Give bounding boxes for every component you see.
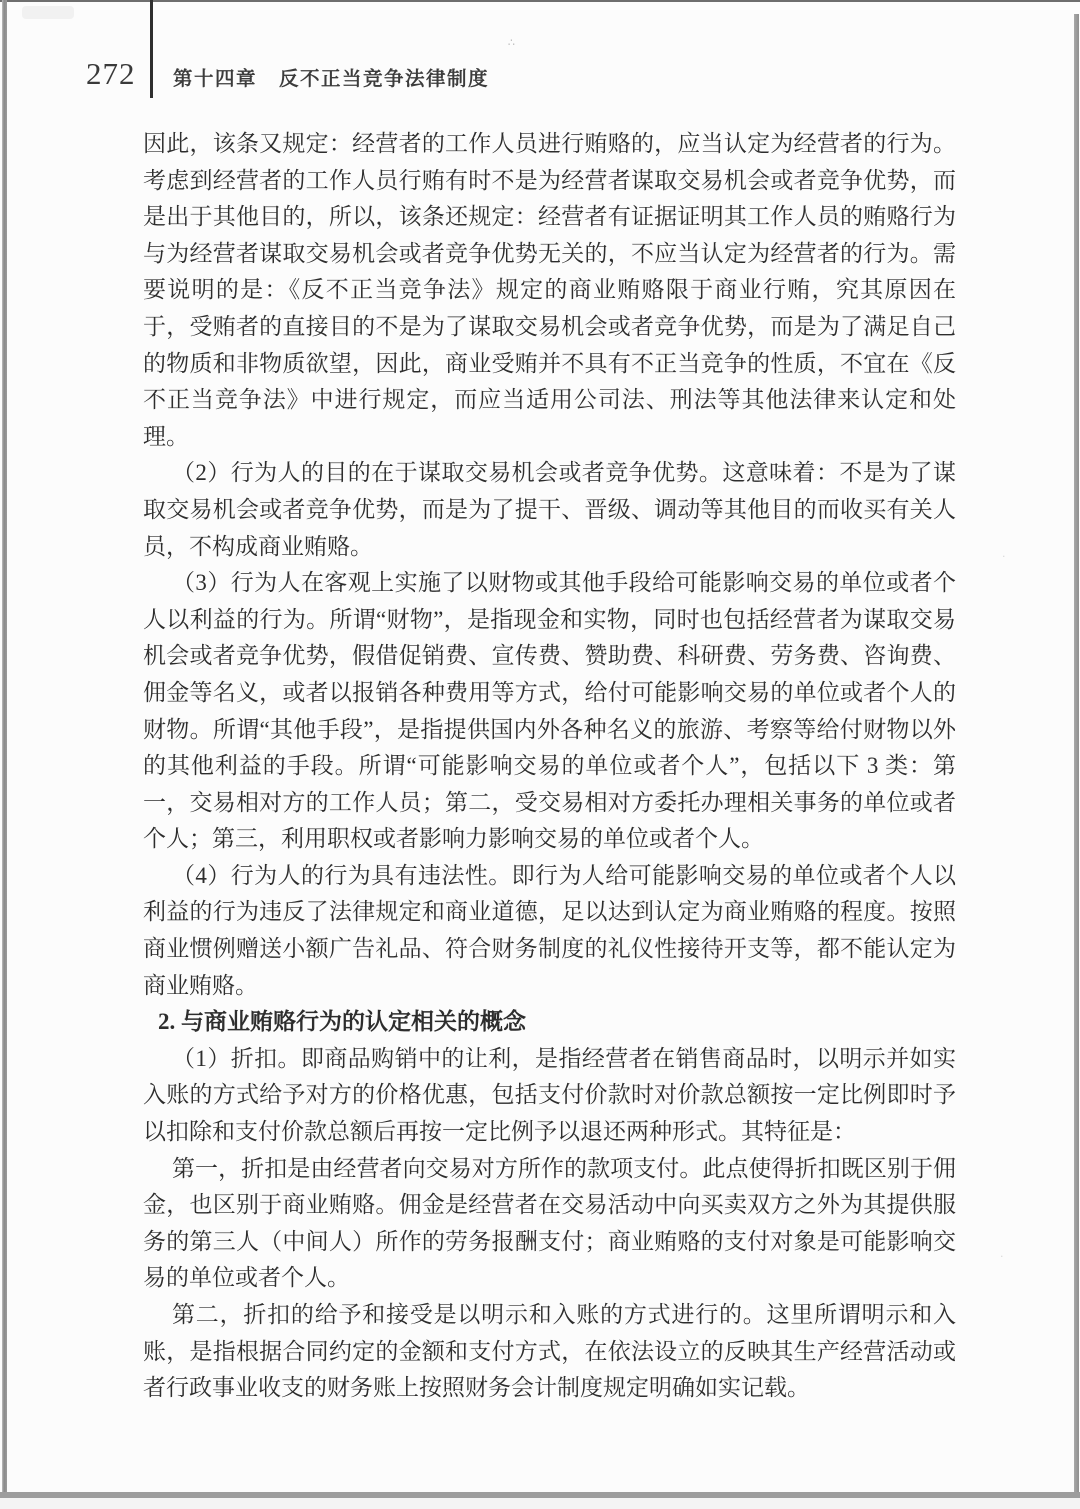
scan-smudge [22, 6, 74, 19]
body-paragraph: 2. 与商业贿赂行为的认定相关的概念 [143, 1004, 956, 1041]
scan-edge-right [1074, 14, 1079, 1509]
running-header: 第十四章反不正当竞争法律制度 [173, 63, 489, 91]
scanned-book-page: { "header": { "page_number": "272", "cha… [0, 0, 1080, 1509]
page-number: 272 [86, 56, 136, 92]
body-paragraph: （3）行为人在客观上实施了以财物或其他手段给可能影响交易的单位或者个人以利益的行… [143, 565, 956, 858]
chapter-title: 反不正当竞争法律制度 [279, 68, 489, 90]
scan-edge-top [0, 0, 1080, 2]
body-paragraph: （4）行为人的行为具有违法性。即行为人给可能影响交易的单位或者个人以利益的行为违… [143, 858, 956, 1004]
body-paragraph: 因此，该条又规定：经营者的工作人员进行贿赂的，应当认定为经营者的行为。考虑到经营… [143, 126, 956, 455]
chapter-number: 第十四章 [173, 68, 257, 90]
scan-edge-bottom-margin [0, 1498, 1080, 1509]
body-paragraph: （2）行为人的目的在于谋取交易机会或者竞争优势。这意味着：不是为了谋取交易机会或… [143, 455, 956, 565]
scan-speck: ∴ [508, 36, 515, 49]
body-paragraph: 第二，折扣的给予和接受是以明示和入账的方式进行的。这里所谓明示和入账，是指根据合… [143, 1297, 956, 1407]
body-paragraph: （1）折扣。即商品购销中的让利，是指经营者在销售商品时，以明示并如实入账的方式给… [143, 1041, 956, 1151]
scan-speck: · [1000, 1250, 1004, 1263]
page-body: 因此，该条又规定：经营者的工作人员进行贿赂的，应当认定为经营者的行为。考虑到经营… [143, 126, 956, 1407]
header-divider-rule [150, 0, 153, 98]
body-paragraph: 第一，折扣是由经营者向交易对方所作的款项支付。此点使得折扣既区别于佣金，也区别于… [143, 1151, 956, 1297]
scan-edge-left [2, 0, 7, 1509]
scan-speck: · [1002, 550, 1006, 563]
